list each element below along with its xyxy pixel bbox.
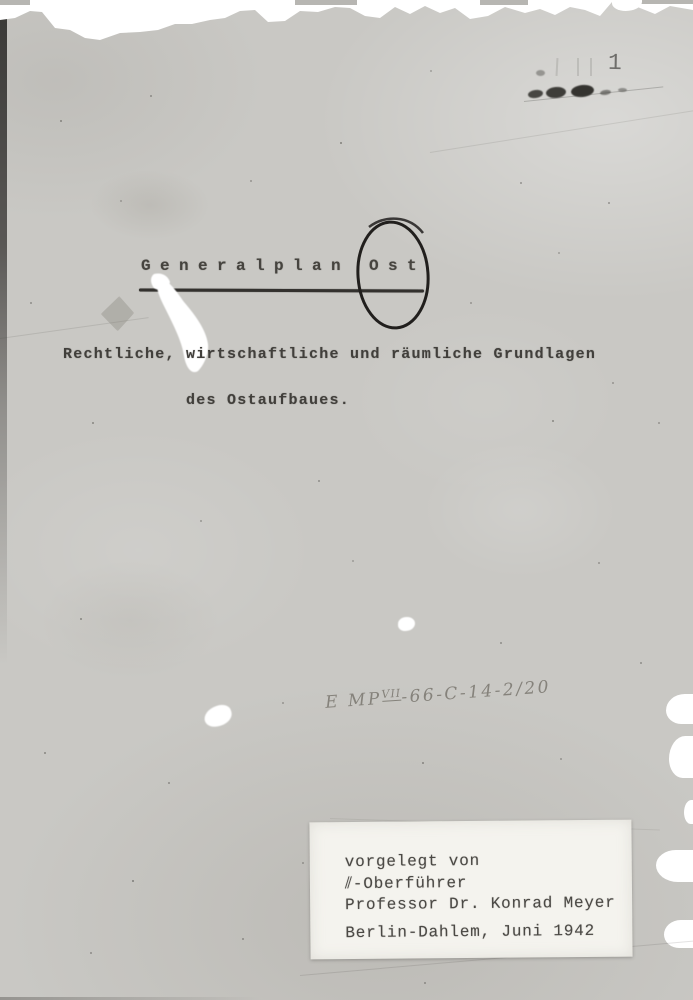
- archival-note-superscript: VII: [381, 687, 402, 702]
- torn-right-edge: [664, 920, 693, 948]
- torn-right-edge: [669, 736, 693, 778]
- archival-note-prefix: E MP: [325, 689, 383, 713]
- white-damage-blob: [140, 268, 232, 380]
- page-number: 1: [608, 50, 623, 76]
- label-line-author: Professor Dr. Konrad Meyer: [345, 893, 632, 917]
- pasted-author-label: vorgelegt von ⫽-Oberführer Professor Dr.…: [309, 820, 632, 960]
- subtitle-line-1: Rechtliche, wirtschaftliche und räumlich…: [63, 346, 596, 363]
- underlying-page-edge: [0, 0, 30, 5]
- ost-circle-annotation: [347, 211, 441, 339]
- label-line-presented-by: vorgelegt von: [345, 850, 632, 874]
- torn-right-edge: [666, 694, 693, 724]
- label-line-rank: ⫽-Oberführer: [345, 871, 632, 895]
- scanned-document-page: 1 Generalplan Ost Rechtliche, wirtschaft…: [0, 0, 693, 1000]
- torn-top-edge: [0, 0, 693, 48]
- underlying-page-edge: [640, 0, 693, 4]
- ink-smudge: [536, 70, 545, 76]
- subtitle-line-2: des Ostaufbaues.: [186, 392, 350, 409]
- label-line-place-date: Berlin-Dahlem, Juni 1942: [345, 920, 632, 944]
- underlying-page-edge: [295, 0, 357, 5]
- underlying-page-edge: [480, 0, 528, 5]
- binding-shadow: [0, 0, 7, 700]
- torn-right-edge: [684, 800, 693, 824]
